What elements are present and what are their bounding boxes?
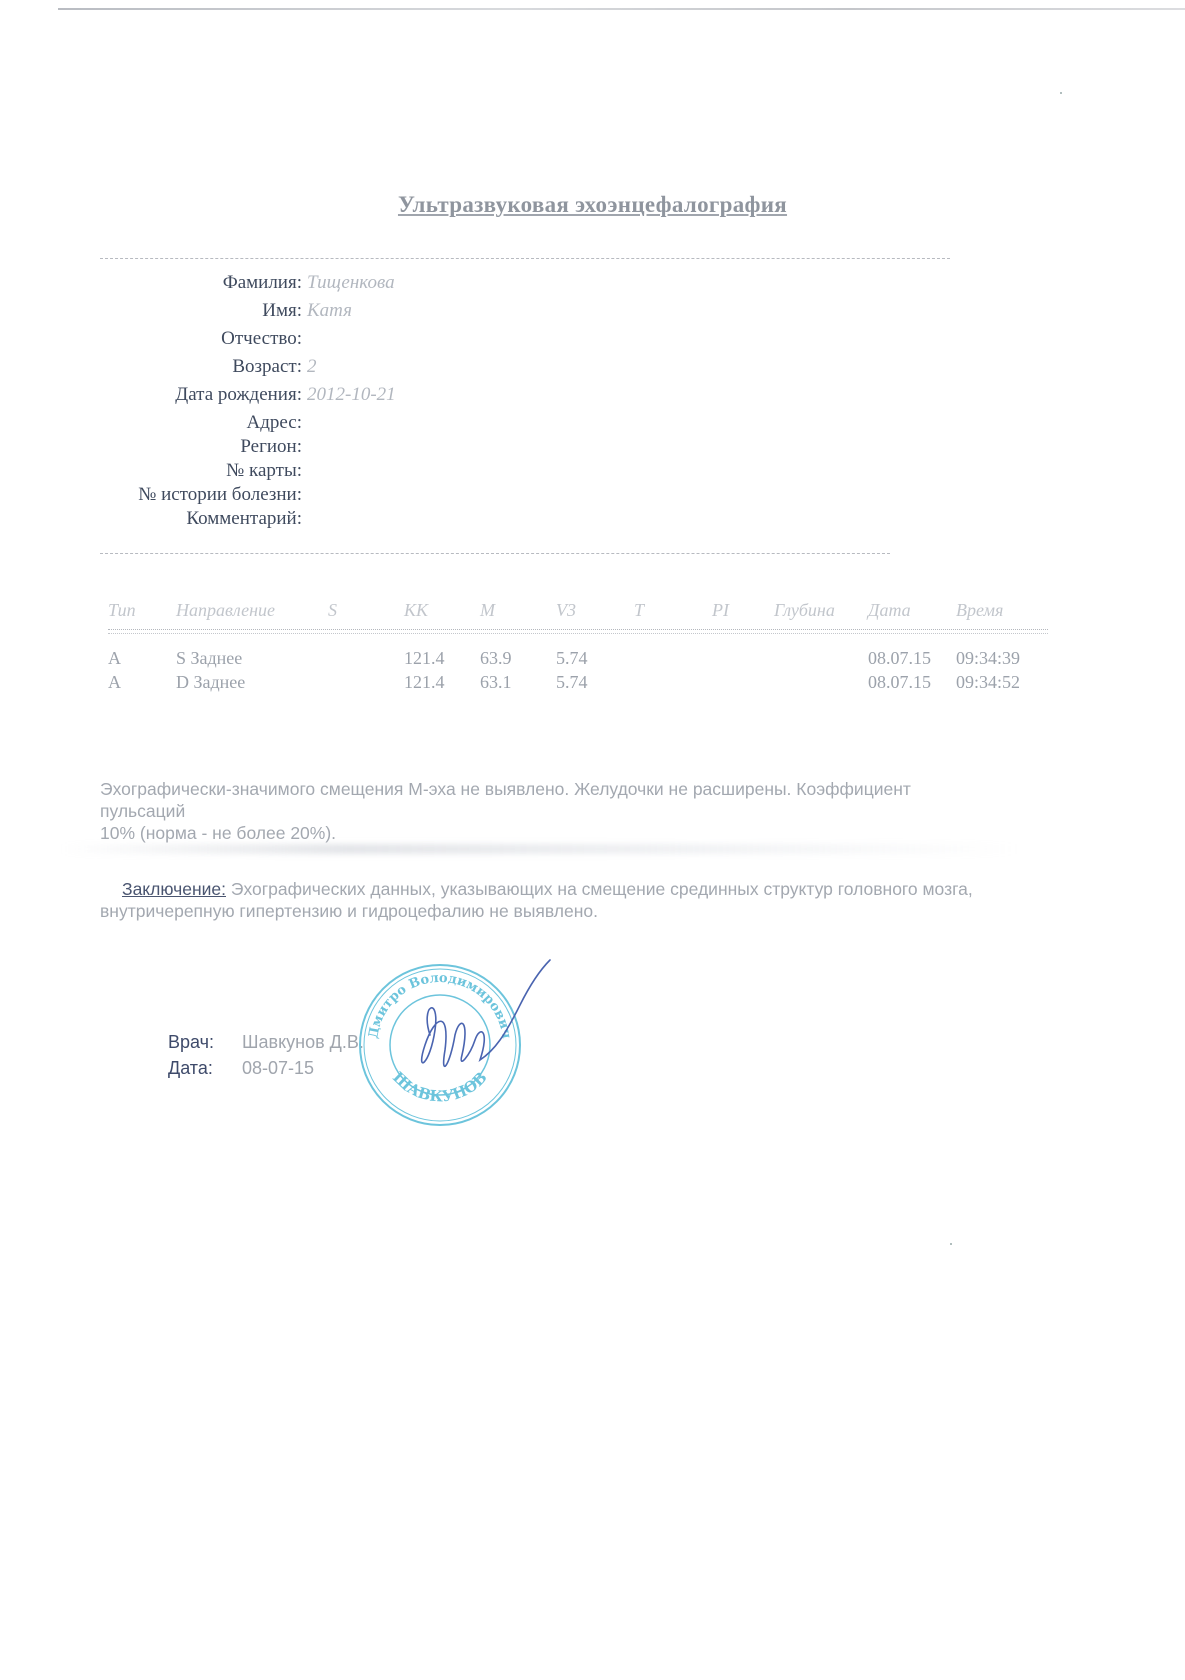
field-value: Тищенкова bbox=[307, 272, 395, 294]
column-header: Время bbox=[956, 600, 1003, 621]
column-header: Глубина bbox=[774, 600, 835, 621]
field-label: Адрес: bbox=[0, 412, 302, 434]
findings-line: 10% (норма - не более 20%). bbox=[100, 822, 1180, 844]
field-label: Отчество: bbox=[0, 328, 302, 350]
field-label: Фамилия: bbox=[0, 272, 302, 294]
table-cell-v3: 5.74 bbox=[556, 672, 588, 693]
table-cell-kk: 121.4 bbox=[404, 672, 445, 693]
date-row: Дата: 08-07-15 bbox=[168, 1058, 314, 1079]
findings-text: Эхографически-значимого смещения М-эха н… bbox=[100, 778, 1180, 844]
header-divider bbox=[100, 258, 950, 259]
conclusion-label: Заключение: bbox=[122, 879, 226, 899]
date-value: 08-07-15 bbox=[242, 1058, 314, 1079]
field-label: № карты: bbox=[0, 460, 302, 482]
doctor-label: Врач: bbox=[168, 1032, 242, 1053]
table-cell-date: 08.07.15 bbox=[868, 648, 931, 669]
field-label: Комментарий: bbox=[0, 508, 302, 530]
field-label: Имя: bbox=[0, 300, 302, 322]
findings-line: пульсаций bbox=[100, 800, 1180, 822]
conclusion-text: внутричерепную гипертензию и гидроцефали… bbox=[100, 900, 1185, 922]
findings-line: Эхографически-значимого смещения М-эха н… bbox=[100, 778, 1180, 800]
column-header: Тип bbox=[108, 600, 136, 621]
column-header: Направление bbox=[176, 600, 275, 621]
field-label: Дата рождения: bbox=[0, 384, 302, 406]
table-cell-time: 09:34:39 bbox=[956, 648, 1020, 669]
field-label: Возраст: bbox=[0, 356, 302, 378]
patient-field-row: Комментарий: bbox=[0, 508, 307, 532]
table-cell-m: 63.9 bbox=[480, 648, 512, 669]
patient-field-row: Адрес: bbox=[0, 412, 307, 436]
patient-field-row: № карты: bbox=[0, 460, 307, 484]
column-header: PI bbox=[712, 600, 729, 621]
table-cell-type: A bbox=[108, 648, 121, 669]
doctor-row: Врач: Шавкунов Д.В. bbox=[168, 1032, 364, 1053]
column-header: V3 bbox=[556, 600, 576, 621]
patient-field-row: № истории болезни: bbox=[0, 484, 307, 508]
patient-field-row: Фамилия:Тищенкова bbox=[0, 272, 395, 296]
field-label: Регион: bbox=[0, 436, 302, 458]
conclusion-text: Эхографических данных, указывающих на см… bbox=[231, 879, 973, 899]
patient-field-row: Дата рождения:2012-10-21 bbox=[0, 384, 396, 408]
patient-field-row: Регион: bbox=[0, 436, 307, 460]
scan-speck bbox=[950, 1243, 952, 1245]
column-header: Дата bbox=[868, 600, 911, 621]
column-header: KK bbox=[404, 600, 428, 621]
column-header: S bbox=[328, 600, 337, 621]
table-cell-kk: 121.4 bbox=[404, 648, 445, 669]
patient-field-row: Возраст:2 bbox=[0, 356, 317, 380]
table-cell-date: 08.07.15 bbox=[868, 672, 931, 693]
table-cell-type: A bbox=[108, 672, 121, 693]
table-cell-direction: S Заднее bbox=[176, 648, 242, 669]
table-header-divider bbox=[108, 629, 1048, 634]
table-cell-m: 63.1 bbox=[480, 672, 512, 693]
scan-top-edge-line bbox=[58, 8, 1185, 10]
table-cell-v3: 5.74 bbox=[556, 648, 588, 669]
handwritten-signature-icon bbox=[400, 955, 560, 1105]
field-value: 2012-10-21 bbox=[307, 384, 396, 406]
column-header: T bbox=[634, 600, 644, 621]
conclusion-block: Заключение: Эхографических данных, указы… bbox=[100, 878, 1185, 922]
column-header: M bbox=[480, 600, 495, 621]
doctor-name: Шавкунов Д.В. bbox=[242, 1032, 364, 1053]
field-value: Катя bbox=[307, 300, 352, 322]
patient-field-row: Имя:Катя bbox=[0, 300, 352, 324]
scan-speck bbox=[1060, 92, 1062, 94]
document-title: Ультразвуковая эхоэнцефалография bbox=[0, 192, 1185, 218]
patient-field-row: Отчество: bbox=[0, 328, 307, 352]
date-label: Дата: bbox=[168, 1058, 242, 1079]
table-cell-time: 09:34:52 bbox=[956, 672, 1020, 693]
patient-section-divider bbox=[100, 553, 890, 554]
table-cell-direction: D Заднее bbox=[176, 672, 245, 693]
field-value: 2 bbox=[307, 356, 317, 378]
field-label: № истории болезни: bbox=[0, 484, 302, 506]
scan-smudge bbox=[60, 844, 1020, 854]
